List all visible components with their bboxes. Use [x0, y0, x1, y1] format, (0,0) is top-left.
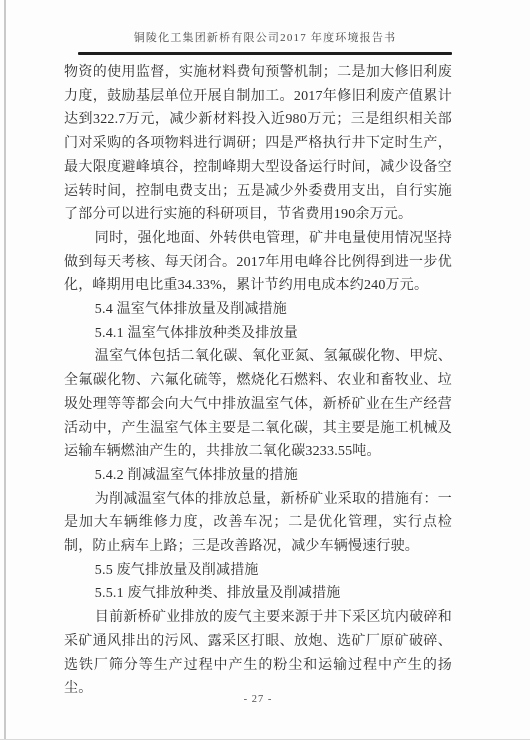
page-header-title: 铜陵化工集团新桥有限公司2017 年度环境报告书: [78, 29, 452, 45]
paragraph: 目前新桥矿业排放的废气主要来源于井下采区坑内破碎和采矿通风排出的污风、露采区打眼…: [64, 606, 452, 701]
page-number: - 27 -: [64, 694, 452, 705]
header-rule: [78, 52, 452, 55]
section-heading-5-5-1: 5.5.1 废气排放种类、排放量及削减措施: [64, 582, 452, 606]
section-heading-5-4-1: 5.4.1 温室气体排放种类及排放量: [64, 322, 452, 346]
section-heading-5-4: 5.4 温室气体排放量及削减措施: [64, 298, 452, 322]
paragraph: 同时，强化地面、外转供电管理，矿井电量使用情况坚持做到每天考核、每天闭合。201…: [64, 227, 452, 298]
document-page: 铜陵化工集团新桥有限公司2017 年度环境报告书 物资的使用监督，实施材料费旬预…: [0, 0, 530, 740]
paragraph: 为削减温室气体的排放总量，新桥矿业采取的措施有：一是加大车辆维修力度，改善车况；…: [64, 488, 452, 559]
section-heading-5-5: 5.5 废气排放量及削减措施: [64, 559, 452, 583]
paragraph-continuation: 物资的使用监督，实施材料费旬预警机制；二是加大修旧利废力度，鼓励基层单位开展自制…: [64, 61, 452, 227]
document-body: 物资的使用监督，实施材料费旬预警机制；二是加大修旧利废力度，鼓励基层单位开展自制…: [64, 61, 452, 701]
paragraph: 温室气体包括二氧化碳、氧化亚氮、氢氟碳化物、甲烷、全氟碳化物、六氟化硫等，燃烧化…: [64, 345, 452, 464]
section-heading-5-4-2: 5.4.2 削减温室气体排放量的措施: [64, 464, 452, 488]
scan-edge-left: [4, 0, 6, 740]
